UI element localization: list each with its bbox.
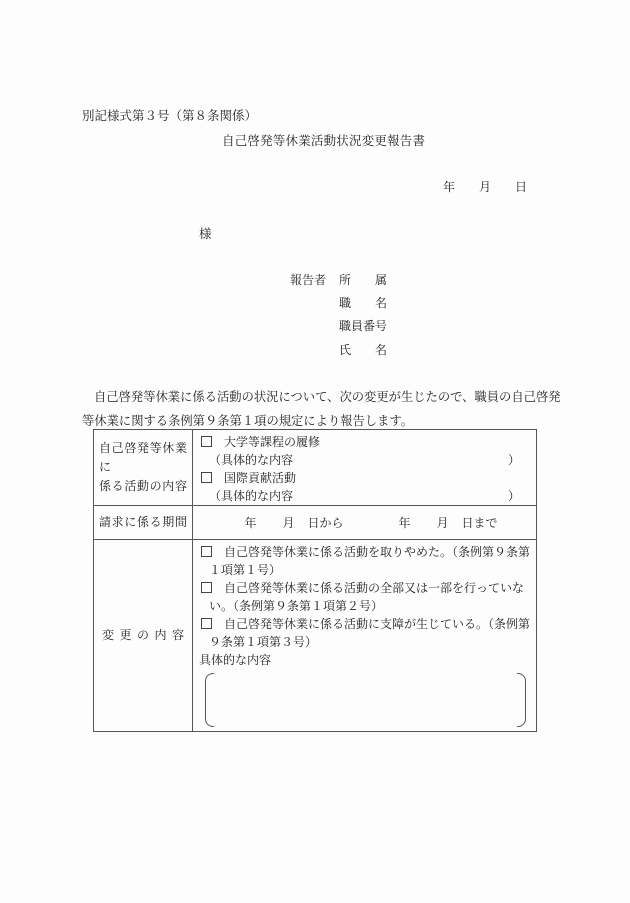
checkbox-icon[interactable] (201, 546, 212, 557)
change-content-cell: 自己啓発等休業に係る活動を取りやめた。（条例第９条第 １項第１号） 自己啓発等休… (192, 540, 536, 732)
right-bracket-icon (517, 673, 526, 727)
activity-content-row: 自己啓発等休業に 係る活動の内容 大学等課程の履修 （具体的な内容 ） 国際貢献… (94, 430, 537, 506)
activity-content-label: 自己啓発等休業に 係る活動の内容 (94, 430, 193, 506)
request-period-label: 請求に係る期間 (94, 506, 193, 540)
change-content-row: 変更の内容 自己啓発等休業に係る活動を取りやめた。（条例第９条第 １項第１号） … (94, 540, 537, 732)
left-bracket-icon (205, 673, 214, 727)
field-name: 氏名 (339, 341, 387, 358)
option-international-contribution[interactable]: 国際貢献活動 (199, 469, 530, 487)
option-university-course[interactable]: 大学等課程の履修 (199, 433, 530, 451)
checkbox-icon[interactable] (201, 582, 212, 593)
specific-content-field[interactable] (205, 673, 526, 727)
field-affiliation: 所属 (339, 271, 387, 288)
addressee-suffix: 様 (199, 224, 212, 242)
report-form-table: 自己啓発等休業に 係る活動の内容 大学等課程の履修 （具体的な内容 ） 国際貢献… (93, 429, 537, 732)
specific-content-label: 具体的な内容 (199, 651, 530, 669)
request-period-cell[interactable]: 年月日から年月日まで (192, 506, 536, 540)
reporter-label: 報告者 (290, 271, 326, 288)
date-year-label: 年 (443, 178, 479, 195)
checkbox-icon[interactable] (201, 472, 212, 483)
change-option-hindered[interactable]: 自己啓発等休業に係る活動に支障が生じている。（条例第 ９条第１項第３号） (199, 615, 530, 651)
document-title: 自己啓発等休業活動状況変更報告書 (222, 131, 425, 149)
statement-line-1: 自己啓発等休業に係る活動の状況について、次の変更が生じたので、職員の自己啓発 (82, 385, 552, 409)
change-content-label: 変更の内容 (94, 540, 193, 732)
university-course-detail[interactable]: （具体的な内容 ） (199, 451, 530, 469)
request-period-row: 請求に係る期間 年月日から年月日まで (94, 506, 537, 540)
checkbox-icon[interactable] (201, 618, 212, 629)
report-statement: 自己啓発等休業に係る活動の状況について、次の変更が生じたので、職員の自己啓発 等… (82, 385, 552, 433)
field-position: 職名 (339, 294, 387, 311)
form-number: 別記様式第３号（第８条関係） (82, 106, 257, 124)
date-day-label: 日 (515, 178, 527, 195)
activity-content-cell: 大学等課程の履修 （具体的な内容 ） 国際貢献活動 （具体的な内容 ） (192, 430, 536, 506)
field-employee-number: 職員番号 (339, 317, 387, 334)
change-option-not-performing[interactable]: 自己啓発等休業に係る活動の全部又は一部を行っていな い。（条例第９条第１項第２号… (199, 579, 530, 615)
date-month-label: 月 (479, 178, 515, 195)
international-contribution-detail[interactable]: （具体的な内容 ） (199, 487, 530, 505)
report-date: 年月日 (443, 178, 527, 195)
checkbox-icon[interactable] (201, 436, 212, 447)
change-option-discontinued[interactable]: 自己啓発等休業に係る活動を取りやめた。（条例第９条第 １項第１号） (199, 543, 530, 579)
